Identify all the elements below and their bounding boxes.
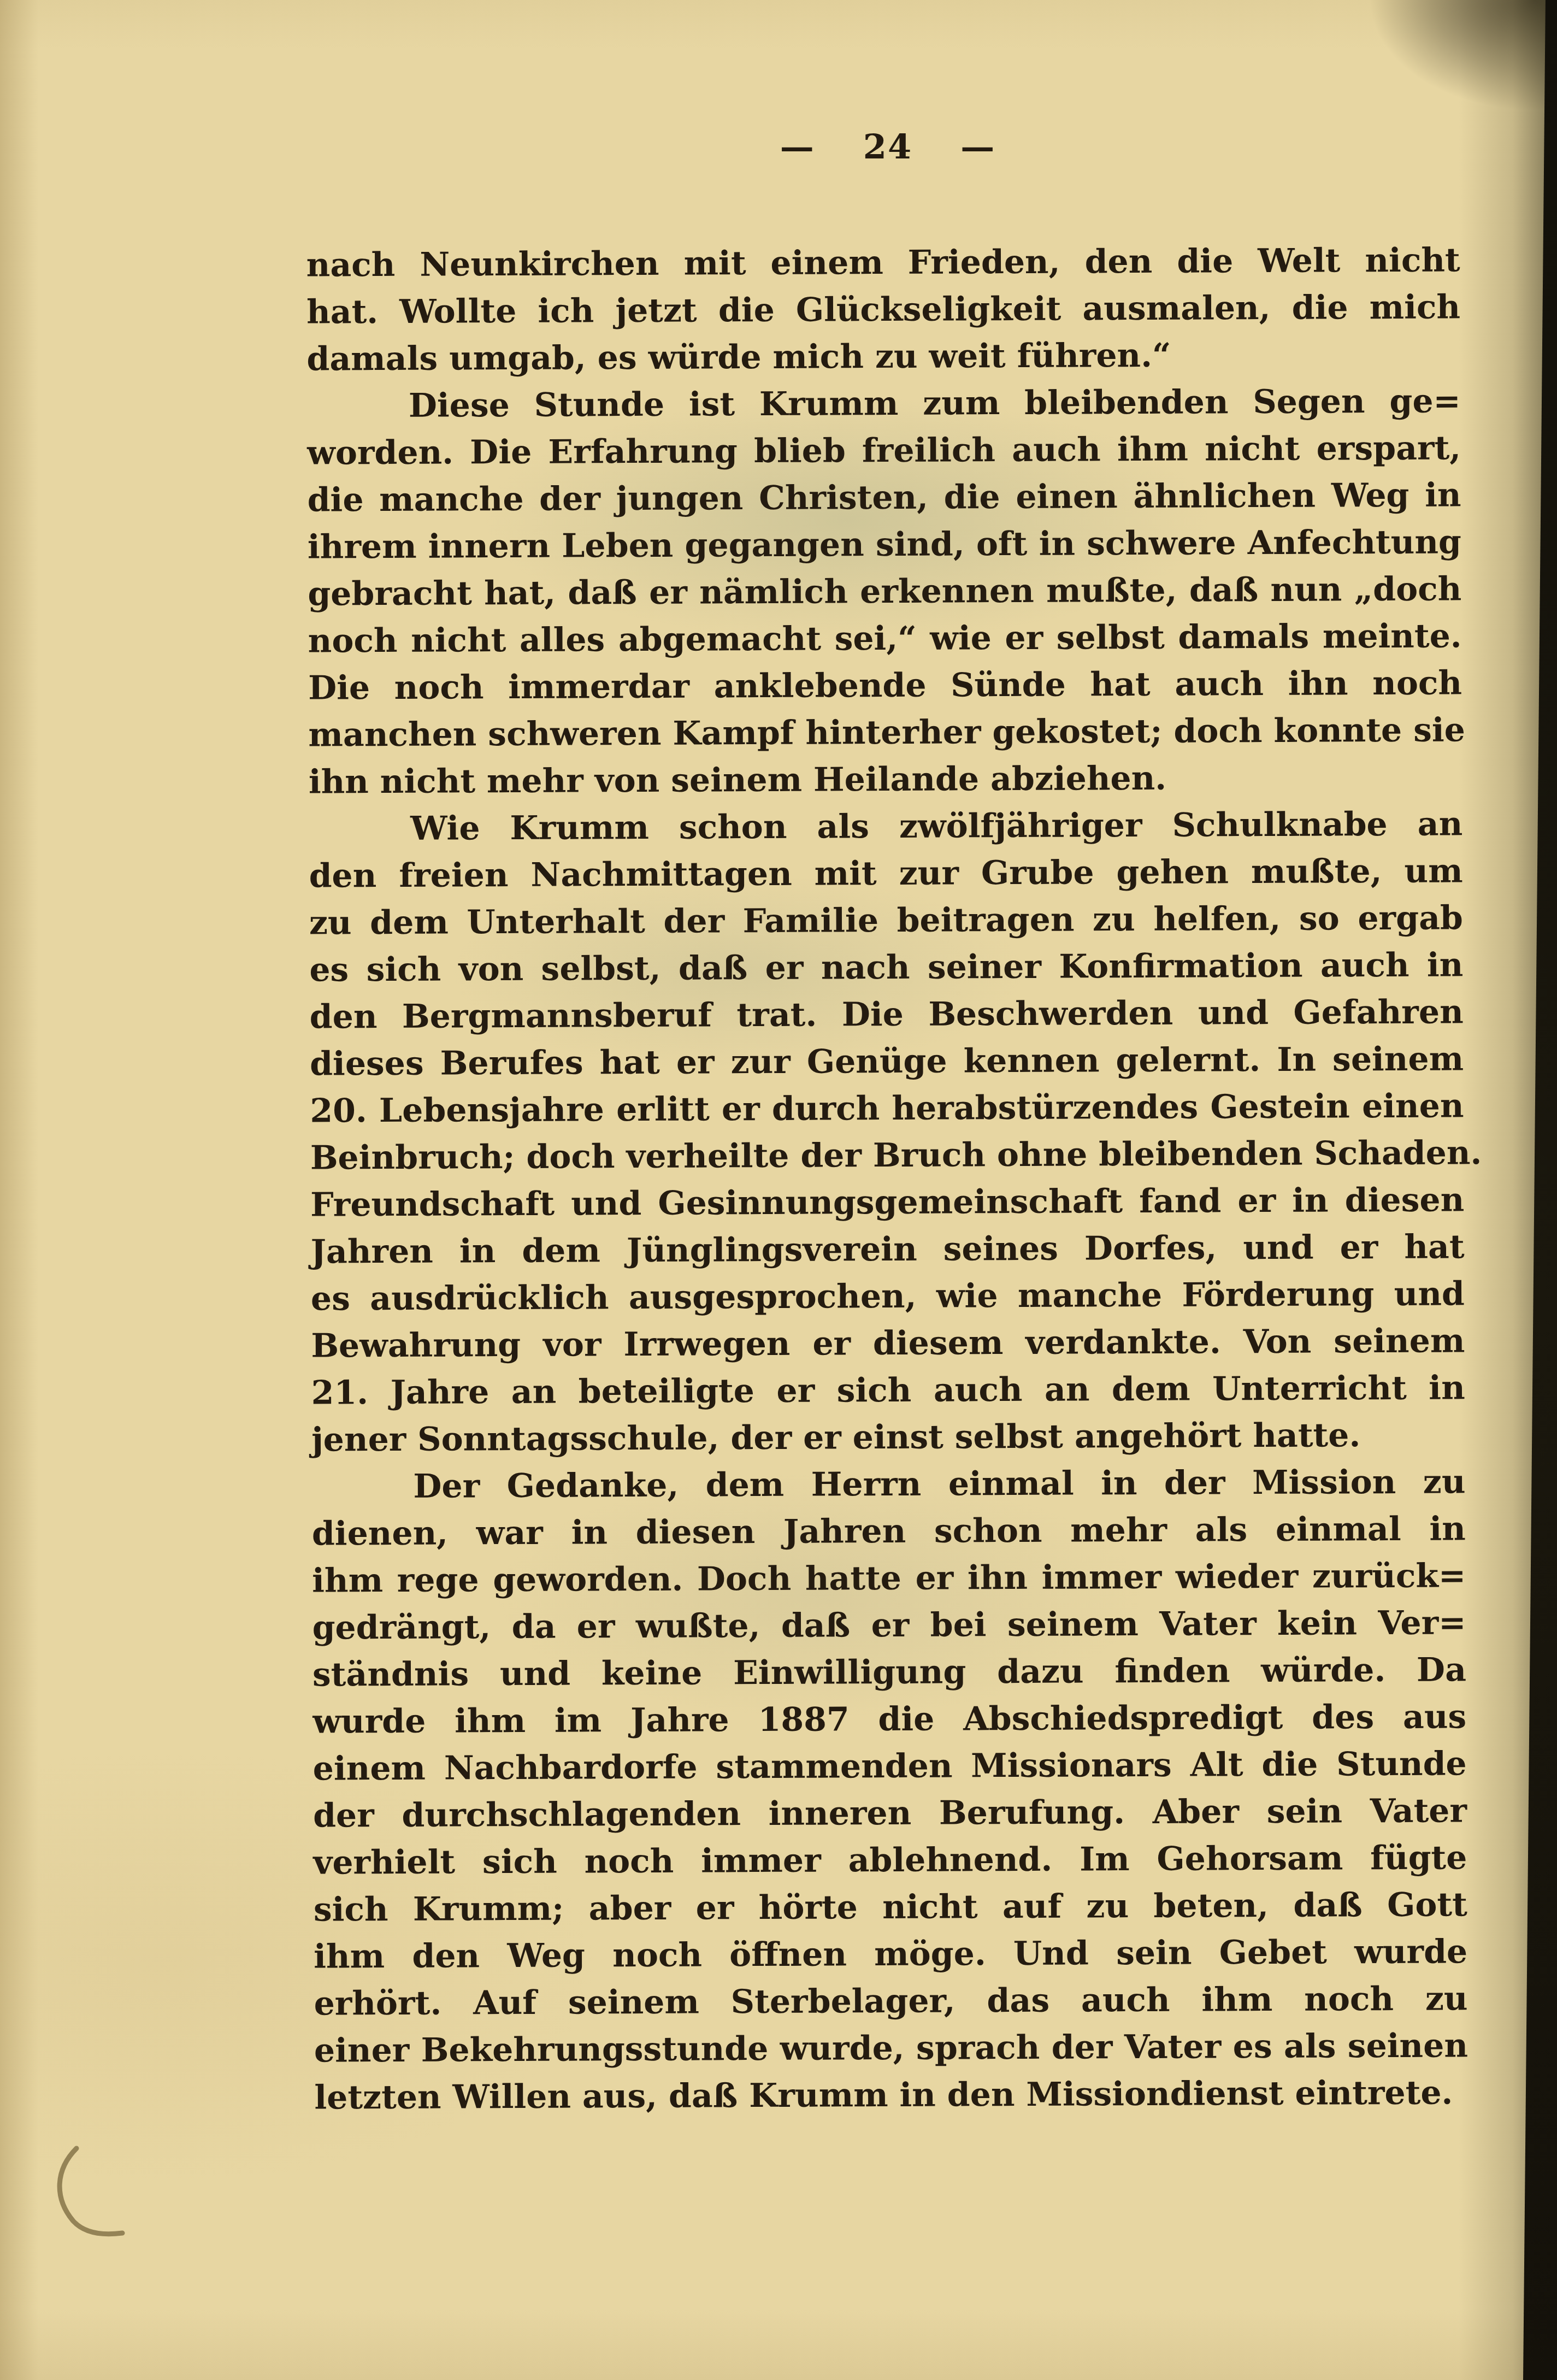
text-line: letzten Willen aus, daß Krumm in den Mis… xyxy=(314,2069,1468,2121)
text-line: damals umgab, es würde mich zu weit führ… xyxy=(306,331,1460,382)
text-line: zu dem Unterhalt der Familie beitragen z… xyxy=(309,894,1463,946)
text-line: ihrem innern Leben gegangen sind, oft in… xyxy=(308,519,1461,570)
text-line: wurde ihm im Jahre 1887 die Abschiedspre… xyxy=(312,1693,1466,1745)
body-text: nach Neunkirchen mit einem Frieden, den … xyxy=(306,237,1468,2121)
text-line: Bewahrung vor Irrwegen er diesem verdank… xyxy=(311,1317,1465,1369)
book-page-scan: —24— nach Neunkirchen mit einem Frieden,… xyxy=(0,0,1557,2380)
header-dash-left: — xyxy=(780,127,815,167)
text-line: hat. Wollte ich jetzt die Glückseligkeit… xyxy=(306,284,1460,335)
text-line: ständnis und keine Einwilligung dazu fin… xyxy=(312,1646,1466,1698)
text-line: manchen schweren Kampf hinterher gekoste… xyxy=(308,706,1462,758)
text-line: Die noch immerdar anklebende Sünde hat a… xyxy=(308,659,1462,711)
text-line: Diese Stunde ist Krumm zum bleibenden Se… xyxy=(307,378,1461,429)
text-line: gebracht hat, daß er nämlich erkennen mu… xyxy=(308,565,1461,617)
text-line: dienen, war in diesen Jahren schon mehr … xyxy=(312,1505,1466,1557)
page-header: —24— xyxy=(311,127,1464,167)
text-line: ihn nicht mehr von seinem Heilande abzie… xyxy=(309,753,1462,805)
text-line: den freien Nachmittagen mit zur Grube ge… xyxy=(309,847,1462,899)
text-line: die manche der jungen Christen, die eine… xyxy=(307,472,1461,523)
text-line: gedrängt, da er wußte, daß er bei seinem… xyxy=(312,1599,1466,1651)
text-line: sich Krumm; aber er hörte nicht auf zu b… xyxy=(314,1881,1467,1933)
text-line: verhielt sich noch immer ablehnend. Im G… xyxy=(313,1834,1467,1886)
text-line: dieses Berufes hat er zur Genüge kennen … xyxy=(310,1035,1464,1087)
text-line: Wie Krumm schon als zwölfjähriger Schulk… xyxy=(309,800,1462,852)
text-line: worden. Die Erfahrung blieb freilich auc… xyxy=(307,425,1461,476)
text-line: ihm rege geworden. Doch hatte er ihn imm… xyxy=(312,1552,1466,1604)
handwritten-mark xyxy=(43,2130,157,2255)
text-line: nach Neunkirchen mit einem Frieden, den … xyxy=(306,237,1460,288)
text-line: einem Nachbardorfe stammenden Missionars… xyxy=(313,1740,1467,1792)
text-line: ihm den Weg noch öffnen möge. Und sein G… xyxy=(314,1928,1467,1980)
text-line: es sich von selbst, daß er nach seiner K… xyxy=(309,941,1463,993)
text-line: es ausdrücklich ausgesprochen, wie manch… xyxy=(311,1270,1465,1322)
text-line: der durchschlagenden inneren Berufung. A… xyxy=(313,1787,1467,1839)
text-line: noch nicht alles abgemacht sei,“ wie er … xyxy=(308,612,1462,664)
text-line: Beinbruch; doch verheilte der Bruch ohne… xyxy=(310,1129,1464,1181)
page-number: 24 xyxy=(863,127,912,167)
text-line: einer Bekehrungsstunde wurde, sprach der… xyxy=(314,2022,1468,2074)
text-line: 20. Lebensjahre erlitt er durch herabstü… xyxy=(310,1082,1464,1134)
text-line: den Bergmannsberuf trat. Die Beschwerden… xyxy=(310,988,1464,1040)
text-line: jener Sonntagsschule, der er einst selbs… xyxy=(311,1411,1465,1463)
text-line: 21. Jahre an beteiligte er sich auch an … xyxy=(311,1364,1465,1416)
text-line: erhört. Auf seinem Sterbelager, das auch… xyxy=(314,1975,1467,2027)
header-dash-right: — xyxy=(960,127,995,167)
text-line: Freundschaft und Gesinnungsgemeinschaft … xyxy=(310,1176,1464,1228)
text-line: Jahren in dem Jünglingsverein seines Dor… xyxy=(310,1223,1464,1275)
text-line: Der Gedanke, dem Herrn einmal in der Mis… xyxy=(311,1458,1465,1510)
